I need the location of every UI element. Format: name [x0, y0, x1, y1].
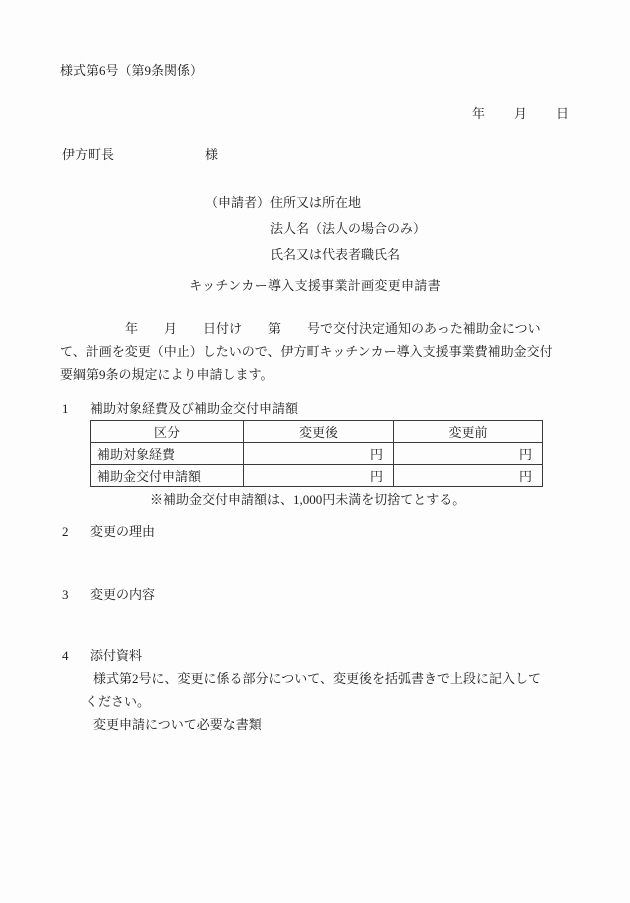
form-number-line: 様式第6号（第9条関係） [60, 63, 203, 79]
table-row-grant-amount: 補助金交付申請額 円 円 [91, 465, 543, 487]
document-page: 様式第6号（第9条関係） 年 月 日 伊方町長 様 （申請者）住所又は所在地 法… [0, 0, 630, 903]
section-2-number: 2 [62, 524, 90, 540]
amount-before-grant-amount: 円 [394, 465, 543, 487]
section-4-title: 添付資料 [90, 648, 142, 663]
amount-after-grant-amount: 円 [244, 465, 394, 487]
attachment-required-documents-line: 変更申請について必要な書類 [93, 717, 262, 733]
section-1-heading: 1補助対象経費及び補助金交付申請額 [62, 401, 298, 417]
applicant-representative-line: 氏名又は代表者職氏名 [205, 242, 426, 268]
section-3-heading: 3変更の内容 [62, 587, 155, 603]
applicant-address-line: （申請者）住所又は所在地 [205, 190, 426, 216]
section-3-number: 3 [62, 587, 90, 603]
date-line: 年 月 日 [0, 106, 570, 122]
attachment-instruction-line-2: ください。 [85, 694, 150, 710]
row-label-subsidy-expense: 補助対象経費 [91, 443, 244, 465]
addressee-line: 伊方町長 様 [62, 147, 218, 163]
table-header-before: 変更前 [394, 421, 543, 443]
section-2-title: 変更の理由 [90, 524, 155, 539]
attachment-instruction-line-1: 様式第2号に、変更に係る部分について、変更後を括弧書きで上段に記入して [93, 671, 541, 687]
section-4-heading: 4添付資料 [62, 648, 142, 664]
table-row-subsidy-expense: 補助対象経費 円 円 [91, 443, 543, 465]
body-line-3: 要綱第9条の規定により申請します。 [60, 363, 575, 386]
table-header-after: 変更後 [244, 421, 394, 443]
section-2-heading: 2変更の理由 [62, 524, 155, 540]
section-1-title: 補助対象経費及び補助金交付申請額 [90, 401, 298, 416]
applicant-corporate-name-line: 法人名（法人の場合のみ） [205, 216, 426, 242]
section-4-number: 4 [62, 648, 90, 664]
section-3-title: 変更の内容 [90, 587, 155, 602]
section-1-number: 1 [62, 401, 90, 417]
table-header-category: 区分 [91, 421, 244, 443]
document-title: キッチンカー導入支援事業計画変更申請書 [0, 278, 630, 294]
row-label-grant-amount: 補助金交付申請額 [91, 465, 244, 487]
amount-before-subsidy-expense: 円 [394, 443, 543, 465]
applicant-block: （申請者）住所又は所在地 法人名（法人の場合のみ） 氏名又は代表者職氏名 [205, 190, 426, 268]
table-note: ※補助金交付申請額は、1,000円未満を切捨てとする。 [150, 492, 465, 508]
body-line-2: て、計画を変更（中止）したいので、伊方町キッチンカー導入支援事業費補助金交付 [60, 340, 575, 363]
body-line-1: 年 月 日付け 第 号で交付決定通知のあった補助金につい [60, 317, 575, 340]
body-paragraph: 年 月 日付け 第 号で交付決定通知のあった補助金につい て、計画を変更（中止）… [60, 317, 575, 386]
cost-table: 区分 変更後 変更前 補助対象経費 円 円 補助金交付申請額 円 円 [90, 420, 543, 487]
amount-after-subsidy-expense: 円 [244, 443, 394, 465]
table-header-row: 区分 変更後 変更前 [91, 421, 543, 443]
